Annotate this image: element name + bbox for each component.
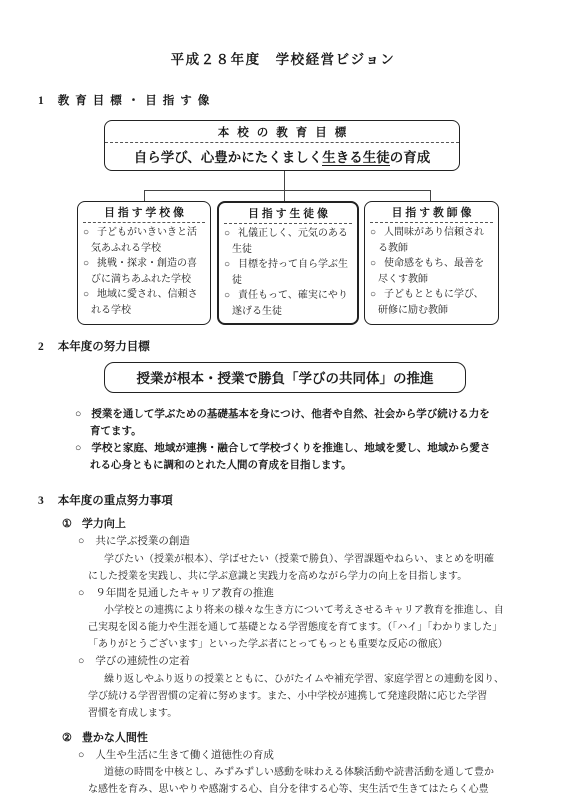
education-goal-box: 本校の教育目標 自ら学び、心豊かにたくましく生きる生徒の育成	[104, 120, 460, 171]
list-item: ○学びの連続性の定着	[78, 653, 566, 671]
list-item: ○９年間を見通したキャリア教育の推進	[78, 585, 566, 603]
connector-drop-middle	[284, 190, 285, 201]
list-item-text: 礼儀正しく、元気のある生徒	[232, 228, 348, 255]
list-item: ○共に学ぶ授業の創造	[78, 533, 566, 551]
circle-bullet-icon: ○	[83, 227, 89, 238]
circle-bullet-icon: ○	[83, 258, 89, 269]
section2-heading-text: 本年度の努力目標	[58, 341, 150, 353]
section2-bullet-list: ○授業を通して学ぶための基礎基本を身につけ、他者や自然、社会から学び続ける力を …	[75, 406, 533, 474]
org-chart-connector	[0, 171, 566, 201]
circle-bullet-icon: ○	[370, 227, 376, 238]
subsection1-title: 学力向上	[82, 518, 126, 530]
page-title: 平成２８年度 学校経営ビジョン	[0, 0, 566, 68]
student-vision-box: 目指す生徒像 ○礼儀正しく、元気のある生徒 ○目標を持って自ら学ぶ生徒 ○責任も…	[217, 201, 359, 325]
goal-slogan-underlined: 生きる生徒	[322, 150, 390, 166]
paragraph: 学びたい（授業が根本）、学ばせたい（授業で勝負）、学習課題やねらい、まとめを明確…	[88, 551, 524, 585]
circle-bullet-icon: ○	[75, 443, 81, 454]
connector-drop-right	[430, 190, 431, 201]
section3-heading: 3本年度の重点努力事項	[38, 492, 566, 508]
circle-bullet-icon: ○	[78, 750, 84, 761]
list-item: ○責任もって、確実にやり遂げる生徒	[224, 288, 352, 319]
list-item: ○授業を通して学ぶための基礎基本を身につけ、他者や自然、社会から学び続ける力を …	[75, 406, 533, 440]
school-vision-box-title: 目指す学校像	[83, 204, 205, 223]
circle-bullet-icon: ○	[370, 258, 376, 269]
list-item-text: 地域に愛され、信頼される学校	[91, 289, 198, 316]
section1-heading-text: 教育目標・目指す像	[58, 95, 216, 107]
list-item-text: 学校と家庭、地域が連携・融合して学校づくりを推進し、地域を愛し、地域から愛さ れ…	[90, 443, 490, 471]
list-item-text: 挑戦・探求・創造の喜びに満ちあふれた学校	[91, 258, 197, 285]
effort-goal-slogan-box: 授業が根本・授業で勝負「学びの共同体」の推進	[104, 362, 466, 393]
section1-heading: 1教育目標・目指す像	[38, 92, 566, 108]
list-item: ○使命感をもち、最善を尽くす教師	[370, 256, 493, 287]
circle-bullet-icon: ○	[370, 289, 376, 300]
student-vision-box-title: 目指す生徒像	[224, 205, 352, 224]
document-page: 平成２８年度 学校経営ビジョン 1教育目標・目指す像 本校の教育目標 自ら学び、…	[0, 0, 566, 800]
connector-stem-line	[284, 171, 285, 190]
circle-bullet-icon: ○	[224, 259, 230, 270]
list-item-text: 子どもとともに学び、研修に励む教師	[378, 289, 484, 316]
paragraph: 小学校との連携により将来の様々な生き方について考えさせるキャリア教育を推進し、自…	[88, 602, 524, 653]
circle-bullet-icon: ○	[78, 656, 84, 667]
subsection2-number: ②	[62, 732, 72, 744]
subsection1-heading: ①学力向上	[62, 515, 566, 533]
list-item-text: 目標を持って自ら学ぶ生徒	[232, 259, 348, 286]
list-item: ○礼儀正しく、元気のある生徒	[224, 226, 352, 257]
subsection2-heading: ②豊かな人間性	[62, 729, 566, 747]
section3-number: 3	[38, 495, 44, 507]
list-item-text: 人間味があり信頼される教師	[378, 227, 484, 254]
connector-drop-left	[144, 190, 145, 201]
list-item: ○地域に愛され、信頼される学校	[83, 287, 205, 318]
teacher-vision-box-title: 目指す教師像	[370, 204, 493, 223]
list-item-text: 授業を通して学ぶための基礎基本を身につけ、他者や自然、社会から学び続ける力を 育…	[90, 409, 490, 437]
list-item-text: ９年間を見通したキャリア教育の推進	[95, 588, 274, 599]
list-item: ○挑戦・探求・創造の喜びに満ちあふれた学校	[83, 256, 205, 287]
section2-number: 2	[38, 341, 44, 353]
list-item-text: 共に学ぶ授業の創造	[95, 536, 190, 547]
list-item-text: 人生や生活に生きて働く道徳性の育成	[95, 750, 274, 761]
list-item: ○目標を持って自ら学ぶ生徒	[224, 257, 352, 288]
education-goal-slogan: 自ら学び、心豊かにたくましく生きる生徒の育成	[105, 143, 459, 170]
list-item: ○子どもがいきいきと活気あふれる学校	[83, 225, 205, 256]
list-item-text: 責任もって、確実にやり遂げる生徒	[232, 290, 348, 317]
education-goal-box-header: 本校の教育目標	[105, 121, 459, 143]
list-item: ○学校と家庭、地域が連携・融合して学校づくりを推進し、地域を愛し、地域から愛さ …	[75, 440, 533, 474]
subsection2-title: 豊かな人間性	[82, 732, 148, 744]
list-item-text: 学びの連続性の定着	[95, 656, 190, 667]
teacher-vision-box: 目指す教師像 ○人間味があり信頼される教師 ○使命感をもち、最善を尽くす教師 ○…	[364, 201, 499, 325]
section1-number: 1	[38, 95, 44, 107]
goal-slogan-pre: 自ら学び、心豊かにたくましく	[134, 150, 322, 165]
paragraph: 道徳の時間を中核とし、みずみずしい感動を味わえる体験活動や読書活動を通して豊か …	[88, 764, 524, 798]
connector-horizontal-line	[144, 190, 431, 191]
list-item-text: 使命感をもち、最善を尽くす教師	[378, 258, 484, 285]
subsection1-number: ①	[62, 518, 72, 530]
list-item: ○人生や生活に生きて働く道徳性の育成	[78, 747, 566, 765]
paragraph: 繰り返しやふり返りの授業とともに、ひがたイムや補充学習、家庭学習との連動を図り、…	[88, 671, 524, 722]
section3-heading-text: 本年度の重点努力事項	[58, 495, 173, 507]
list-item-text: 子どもがいきいきと活気あふれる学校	[91, 227, 197, 254]
circle-bullet-icon: ○	[224, 290, 230, 301]
circle-bullet-icon: ○	[83, 289, 89, 300]
circle-bullet-icon: ○	[75, 409, 81, 420]
goal-slogan-post: の育成	[390, 150, 431, 165]
school-vision-box: 目指す学校像 ○子どもがいきいきと活気あふれる学校 ○挑戦・探求・創造の喜びに満…	[77, 201, 211, 325]
circle-bullet-icon: ○	[78, 536, 84, 547]
circle-bullet-icon: ○	[78, 588, 84, 599]
section2-heading: 2本年度の努力目標	[38, 338, 566, 354]
list-item: ○子どもとともに学び、研修に励む教師	[370, 287, 493, 318]
list-item: ○人間味があり信頼される教師	[370, 225, 493, 256]
circle-bullet-icon: ○	[224, 228, 230, 239]
vision-boxes-row: 目指す学校像 ○子どもがいきいきと活気あふれる学校 ○挑戦・探求・創造の喜びに満…	[77, 201, 566, 325]
